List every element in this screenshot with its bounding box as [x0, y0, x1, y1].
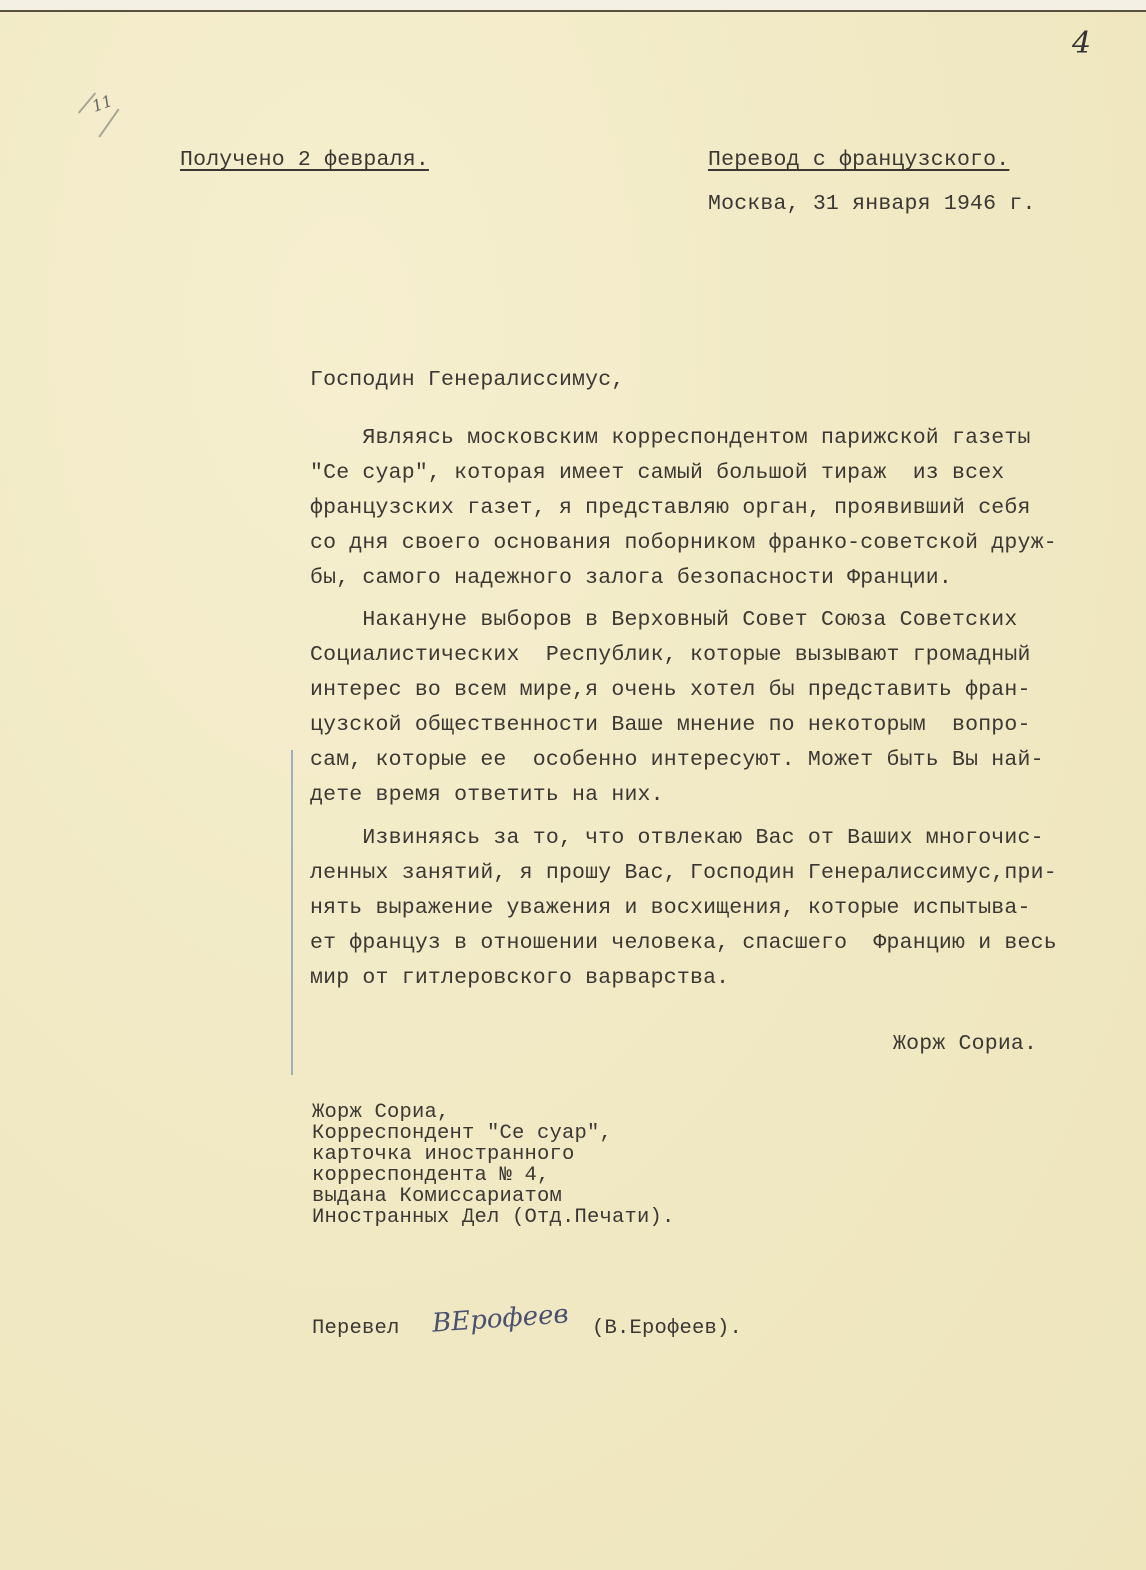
page-number: 4 [1072, 26, 1091, 61]
text-line: цузской общественности Ваше мнение по не… [310, 713, 1031, 737]
text-line: французских газет, я представляю орган, … [310, 496, 1031, 520]
text-line: ет француз в отношении человека, спасшег… [310, 931, 1057, 955]
margin-marker-line [291, 750, 293, 1075]
text-line: интерес во всем мире,я очень хотел бы пр… [310, 678, 1031, 702]
text-line: нять выражение уважения и восхищения, ко… [310, 896, 1031, 920]
document-page: 4 11 Получено 2 февраля. Перевод с франц… [0, 10, 1146, 1570]
place-date: Москва, 31 января 1946 г. [708, 192, 1036, 216]
sender-line: карточка иностранного [312, 1144, 575, 1165]
text-line: Накануне выборов в Верховный Совет Союза… [310, 608, 1018, 632]
text-line: ленных занятий, я прошу Вас, Господин Ге… [310, 861, 1057, 885]
sender-line: корреспондента № 4, [312, 1165, 550, 1186]
translation-note: Перевод с французского. [708, 148, 1009, 172]
sender-line: Жорж Сориа, [312, 1102, 450, 1123]
translator-label: Перевел [312, 1318, 400, 1339]
signature-typed: Жорж Сориа. [893, 1032, 1037, 1056]
translator-handwritten-signature: ВЕрофеев [431, 1299, 569, 1338]
text-line: сам, которые ее особенно интересуют. Мож… [310, 748, 1044, 772]
text-line: Социалистических Республик, которые вызы… [310, 643, 1031, 667]
sender-line: Корреспондент "Се суар", [312, 1123, 612, 1144]
text-line: со дня своего основания поборником франк… [310, 531, 1057, 555]
received-note: Получено 2 февраля. [180, 148, 429, 172]
text-line: Извиняясь за то, что отвлекаю Вас от Ваш… [310, 826, 1044, 850]
text-line: дете время ответить на них. [310, 783, 664, 807]
sender-line: выдана Комиссариатом [312, 1186, 562, 1207]
text-line: бы, самого надежного залога безопасности… [310, 566, 952, 590]
salutation: Господин Генералиссимус, [310, 368, 624, 392]
translator-name: (В.Ерофеев). [592, 1318, 742, 1339]
text-line: "Се суар", которая имеет самый большой т… [310, 461, 1004, 485]
sender-line: Иностранных Дел (Отд.Печати). [312, 1207, 675, 1228]
text-line: Являясь московским корреспондентом париж… [310, 426, 1031, 450]
text-line: мир от гитлеровского варварства. [310, 966, 729, 990]
